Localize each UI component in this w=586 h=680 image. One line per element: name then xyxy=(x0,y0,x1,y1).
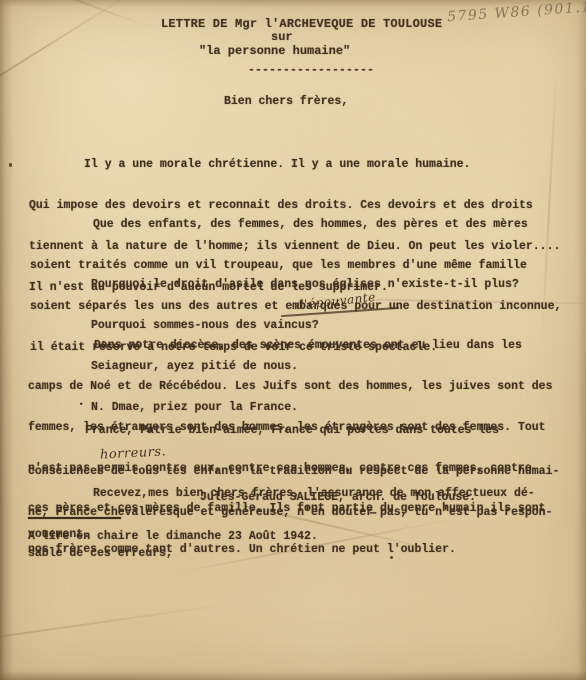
letter-page: 5795 W86 (901.1) LETTRE DE Mgr l'ARCHEVE… xyxy=(0,0,586,680)
signature-line: Jules-Géraud SALIEGE, arch. de Toulouse. xyxy=(200,491,476,505)
letter-title-line1: LETTRE DE Mgr l'ARCHEVEQUE DE TOULOUSE xyxy=(161,18,442,32)
letter-title-line2: sur xyxy=(271,31,293,45)
letter-line: Que des enfants, des femmes, des hommes,… xyxy=(30,218,561,232)
letter-line: France, Patrie bien-aimée, France qui po… xyxy=(28,424,559,438)
letter-line: Pourquoi le droit d'asile dans nos églis… xyxy=(91,278,519,292)
crease-line xyxy=(0,602,239,640)
paragraph-closing: Recevez,mes bien chers frères, l'assuran… xyxy=(28,460,535,569)
reading-instruction: A lire en chaire le dimanche 23 Août 194… xyxy=(28,530,318,544)
crease-line xyxy=(0,0,136,92)
separator-dashes: ------------------ xyxy=(248,64,374,78)
letter-line: Dans notre diocèse, des scènes émouvante… xyxy=(28,339,553,353)
letter-line: Il y a une morale chrétienne. Il y a une… xyxy=(29,158,560,172)
letter-title-line3: "la personne humaine" xyxy=(199,45,350,59)
archival-number-annotation: 5795 W86 (901.1) xyxy=(447,0,586,25)
ink-speck xyxy=(9,163,12,167)
crease-line xyxy=(34,0,157,30)
salutation: Bien chers frères, xyxy=(224,95,348,109)
letter-line: camps de Noé et de Récébédou. Les Juifs … xyxy=(28,380,553,394)
signature-divider xyxy=(28,517,121,519)
